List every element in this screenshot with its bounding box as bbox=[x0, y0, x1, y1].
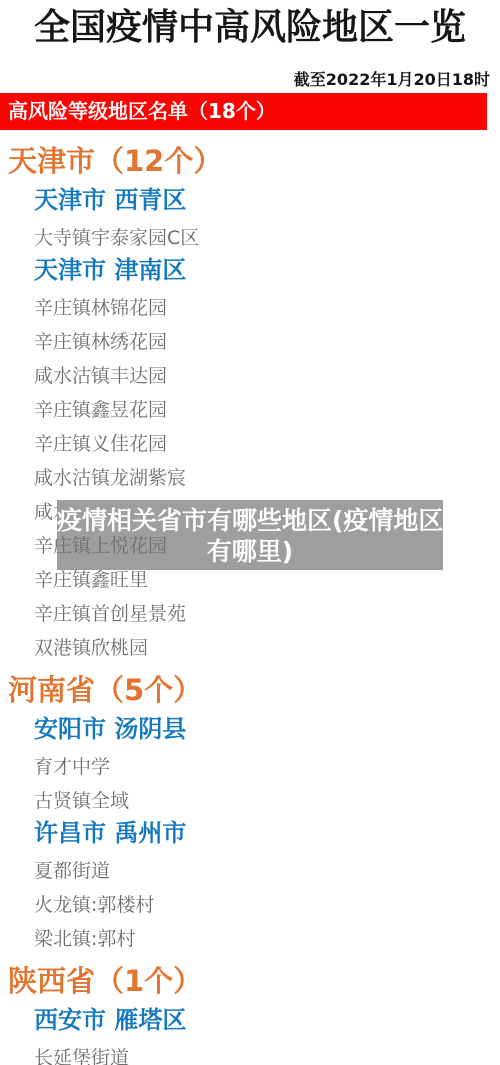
risk-area-list: 天津市（12个）天津市 西青区大寺镇宇泰家园C区天津市 津南区辛庄镇林锦花园辛庄… bbox=[0, 143, 500, 1065]
area-item: 双港镇欣桃园 bbox=[34, 637, 500, 659]
area-item: 大寺镇宇泰家园C区 bbox=[34, 227, 500, 249]
area-item: 梁北镇:郭村 bbox=[34, 928, 500, 950]
area-item: 辛庄镇上悦花园 bbox=[34, 535, 500, 557]
area-item: 咸水沽镇丰达园 bbox=[34, 365, 500, 387]
city-heading: 西安市 雁塔区 bbox=[34, 1005, 500, 1035]
province-heading: 河南省（5个） bbox=[8, 672, 500, 708]
city-heading: 天津市 西青区 bbox=[34, 185, 500, 215]
city-heading: 许昌市 禹州市 bbox=[34, 818, 500, 848]
high-risk-banner: 高风险等级地区名单（18个） bbox=[0, 93, 487, 130]
province-section: 陕西省（1个）西安市 雁塔区长延堡街道 bbox=[8, 963, 500, 1065]
province-heading: 陕西省（1个） bbox=[8, 963, 500, 999]
watermark-line-1: 疫情相关省市有哪些地区(疫情地区都 bbox=[57, 505, 443, 536]
area-item: 火龙镇:郭楼村 bbox=[34, 894, 500, 916]
as-of-timestamp: 截至2022年1月20日18时 bbox=[0, 70, 500, 90]
area-item: 古贤镇全域 bbox=[34, 790, 500, 812]
area-item: 辛庄镇林绣花园 bbox=[34, 331, 500, 353]
area-item: 辛庄镇首创星景苑 bbox=[34, 603, 500, 625]
page-title: 全国疫情中高风险地区一览 bbox=[0, 0, 500, 50]
city-heading: 安阳市 汤阴县 bbox=[34, 714, 500, 744]
area-item: 咸水沽镇龙湖紫宸 bbox=[34, 467, 500, 489]
city-heading: 天津市 津南区 bbox=[34, 255, 500, 285]
area-item: 辛庄镇林锦花园 bbox=[34, 297, 500, 319]
area-item: 育才中学 bbox=[34, 756, 500, 778]
area-item: 辛庄镇义佳花园 bbox=[34, 433, 500, 455]
province-heading: 天津市（12个） bbox=[8, 143, 500, 179]
area-item: 辛庄镇鑫昱花园 bbox=[34, 399, 500, 421]
province-section: 河南省（5个）安阳市 汤阴县育才中学古贤镇全域许昌市 禹州市夏都街道火龙镇:郭楼… bbox=[8, 672, 500, 950]
area-item: 辛庄镇鑫旺里 bbox=[34, 569, 500, 591]
area-item: 夏都街道 bbox=[34, 860, 500, 882]
province-section: 天津市（12个）天津市 西青区大寺镇宇泰家园C区天津市 津南区辛庄镇林锦花园辛庄… bbox=[8, 143, 500, 659]
area-item: 长延堡街道 bbox=[34, 1047, 500, 1065]
